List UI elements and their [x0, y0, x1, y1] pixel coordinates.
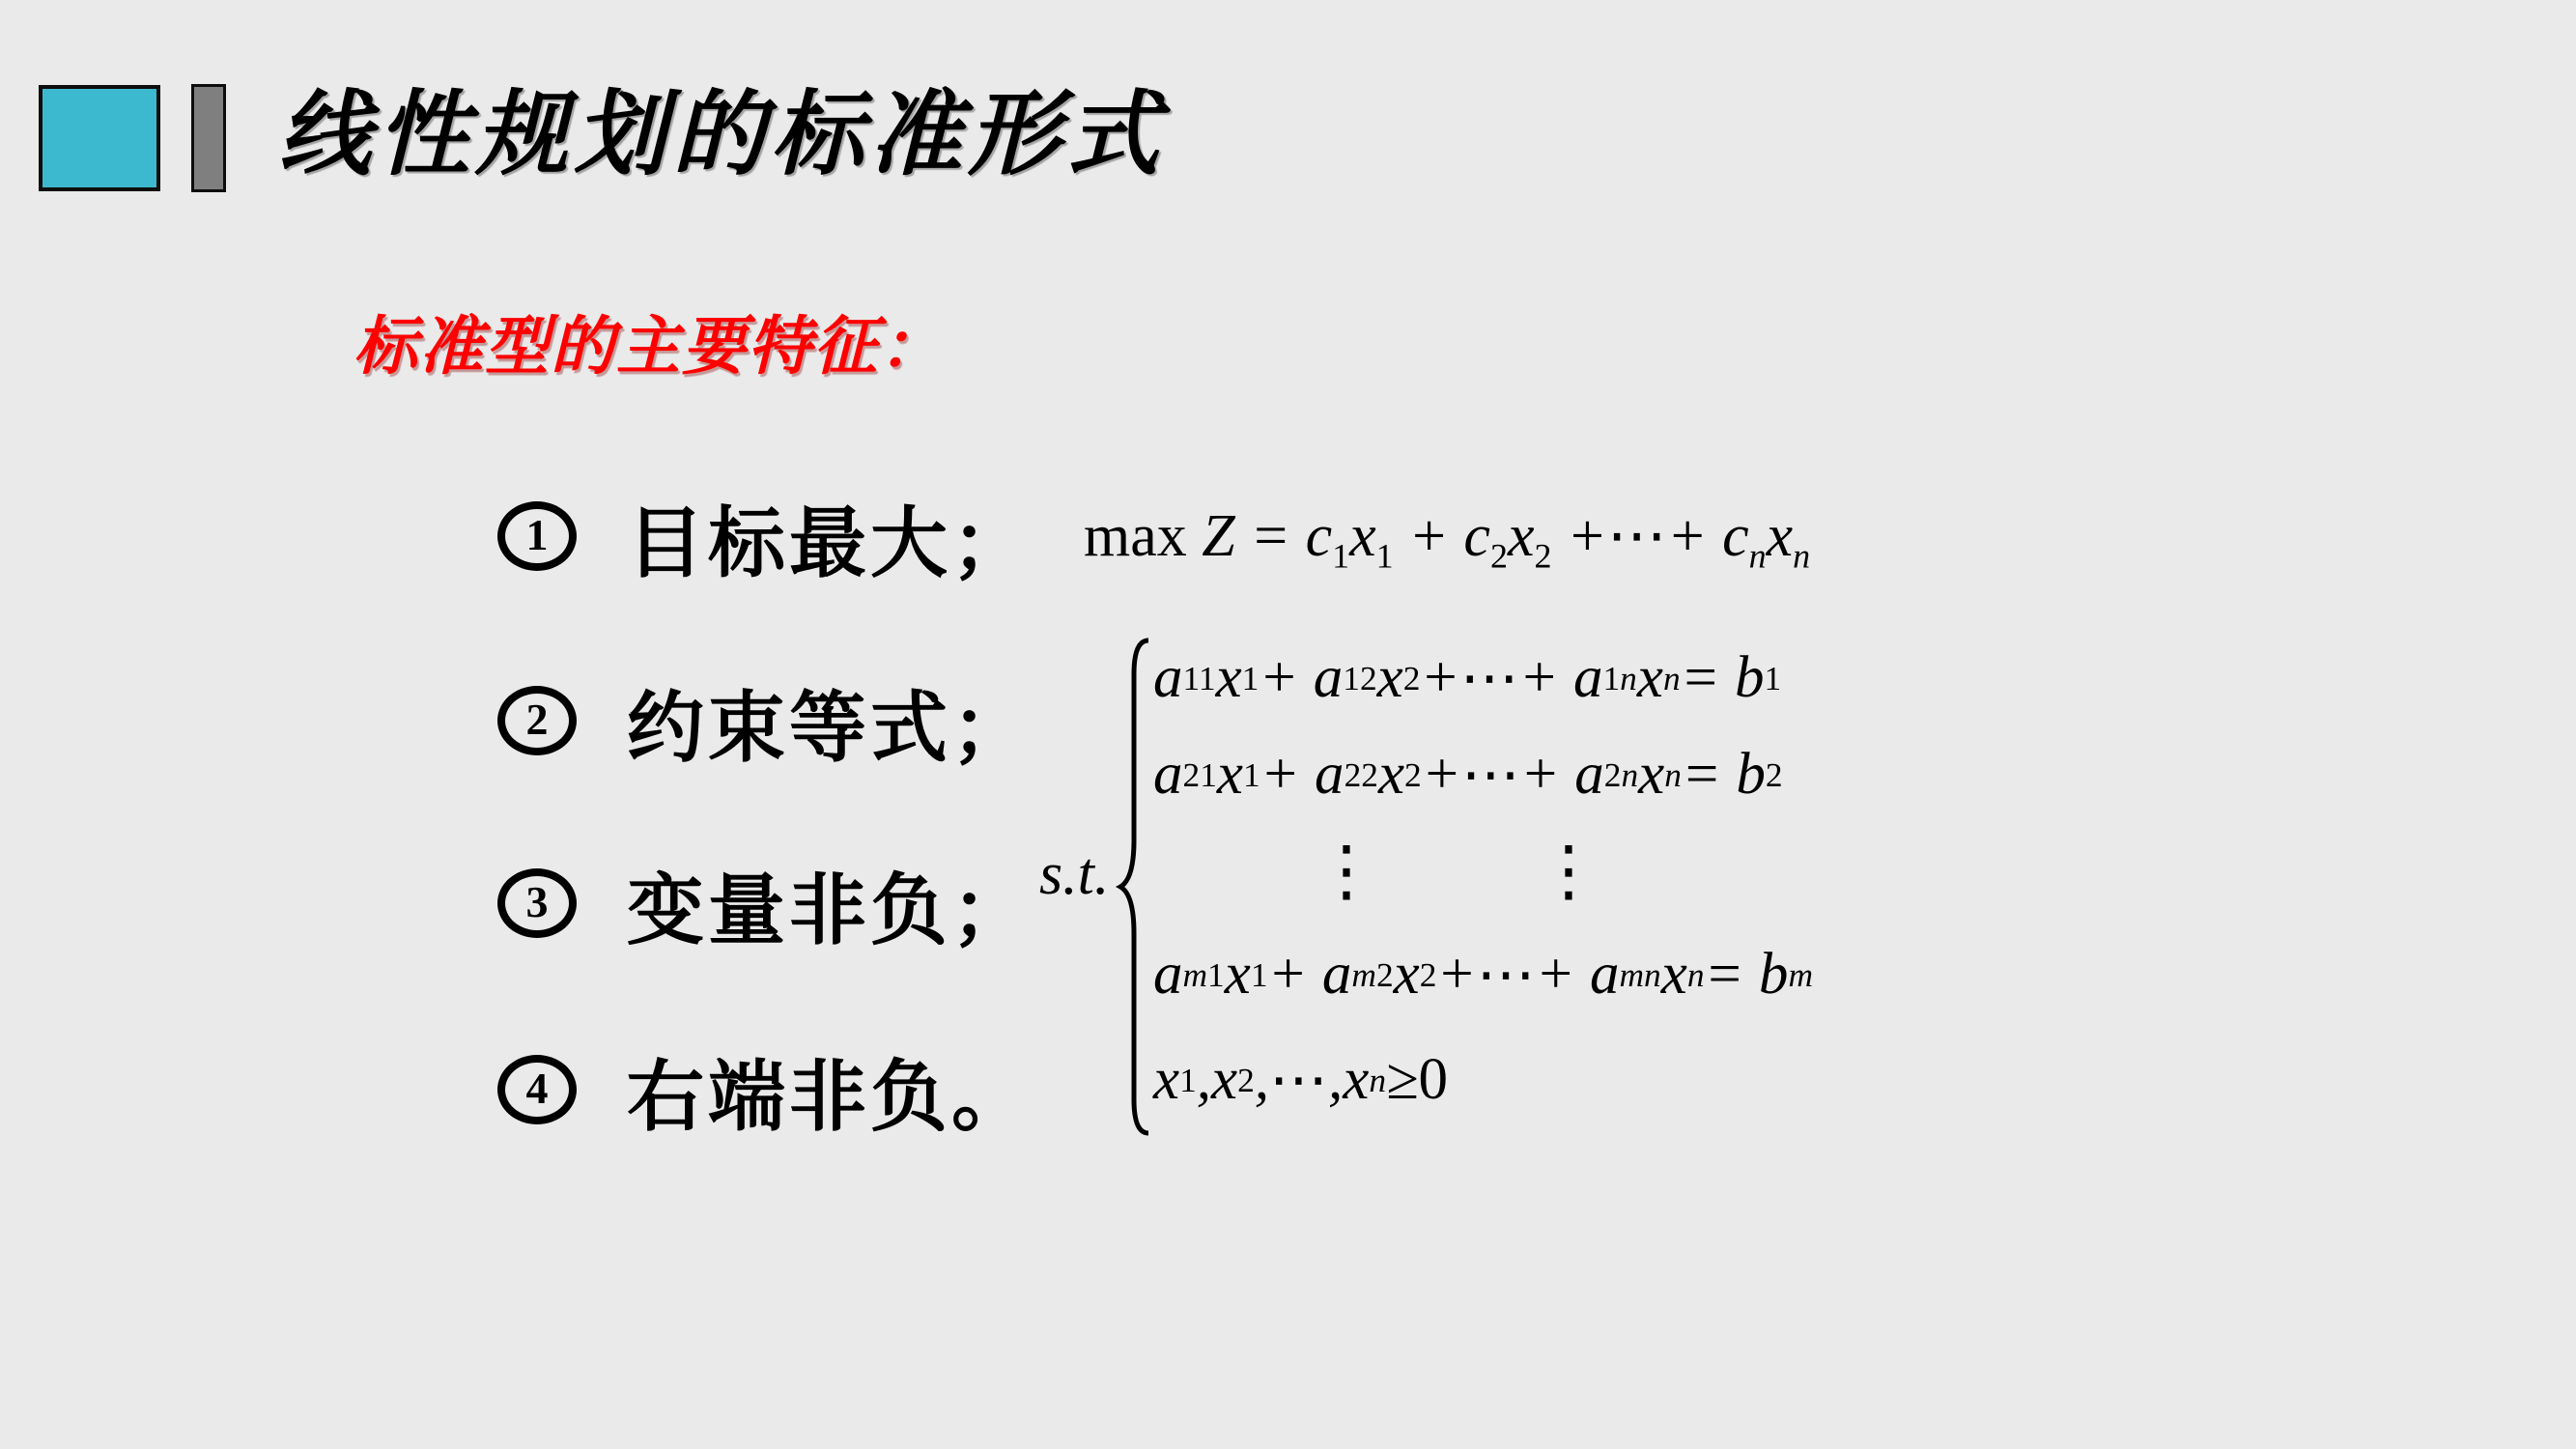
slide: 线性规划的标准形式 标准型的主要特征： 1 目标最大； 2 约束等式； 3 变量…	[0, 0, 2576, 1449]
nonnegativity-row: x1,x2,⋯,xn ≥ 0	[1153, 1032, 1813, 1128]
vertical-ellipsis-row: ⋮ ⋮	[1153, 823, 1813, 918]
circled-number-4-icon: 4	[497, 1055, 577, 1124]
circled-number-1-icon: 1	[497, 501, 577, 571]
constraint-row-1: a11x1 + a12x2 +⋯+ a1nxn = b1	[1153, 630, 1813, 726]
feature-item-3: 3 变量非负；	[497, 855, 1033, 952]
feature-item-2-label: 约束等式；	[627, 666, 1033, 777]
section-heading: 标准型的主要特征：	[354, 307, 945, 388]
circled-number-2-icon: 2	[497, 686, 577, 755]
constraint-brace-icon	[1111, 636, 1153, 1138]
slide-title: 线性规划的标准形式	[278, 77, 1165, 193]
title-accent-square-icon	[39, 85, 160, 191]
circled-number-3-icon: 3	[497, 868, 577, 938]
vertical-ellipsis-icon: ⋮	[1313, 837, 1380, 904]
feature-item-2: 2 约束等式；	[497, 672, 1033, 769]
feature-item-4: 4 右端非负。	[497, 1041, 1033, 1138]
constraint-system: a11x1 + a12x2 +⋯+ a1nxn = b1 a21x1 + a22…	[1153, 630, 1813, 1128]
feature-item-3-label: 变量非负；	[627, 848, 1033, 959]
objective-function-formula: max Z = c1x1 + c2x2 +⋯+ cnxn	[1084, 491, 1810, 582]
vertical-ellipsis-icon: ⋮	[1535, 837, 1602, 904]
constraint-row-2: a21x1 + a22x2 +⋯+ a2nxn = b2	[1153, 726, 1813, 823]
feature-item-1-label: 目标最大；	[627, 481, 1033, 592]
title-accent-bar-icon	[191, 84, 226, 192]
constraint-row-m: am1x1 + am2x2 +⋯+ amnxn = bm	[1153, 918, 1813, 1032]
feature-item-4-label: 右端非负。	[627, 1035, 1033, 1146]
subject-to-label: s.t.	[1039, 838, 1109, 910]
feature-item-1: 1 目标最大；	[497, 488, 1033, 584]
